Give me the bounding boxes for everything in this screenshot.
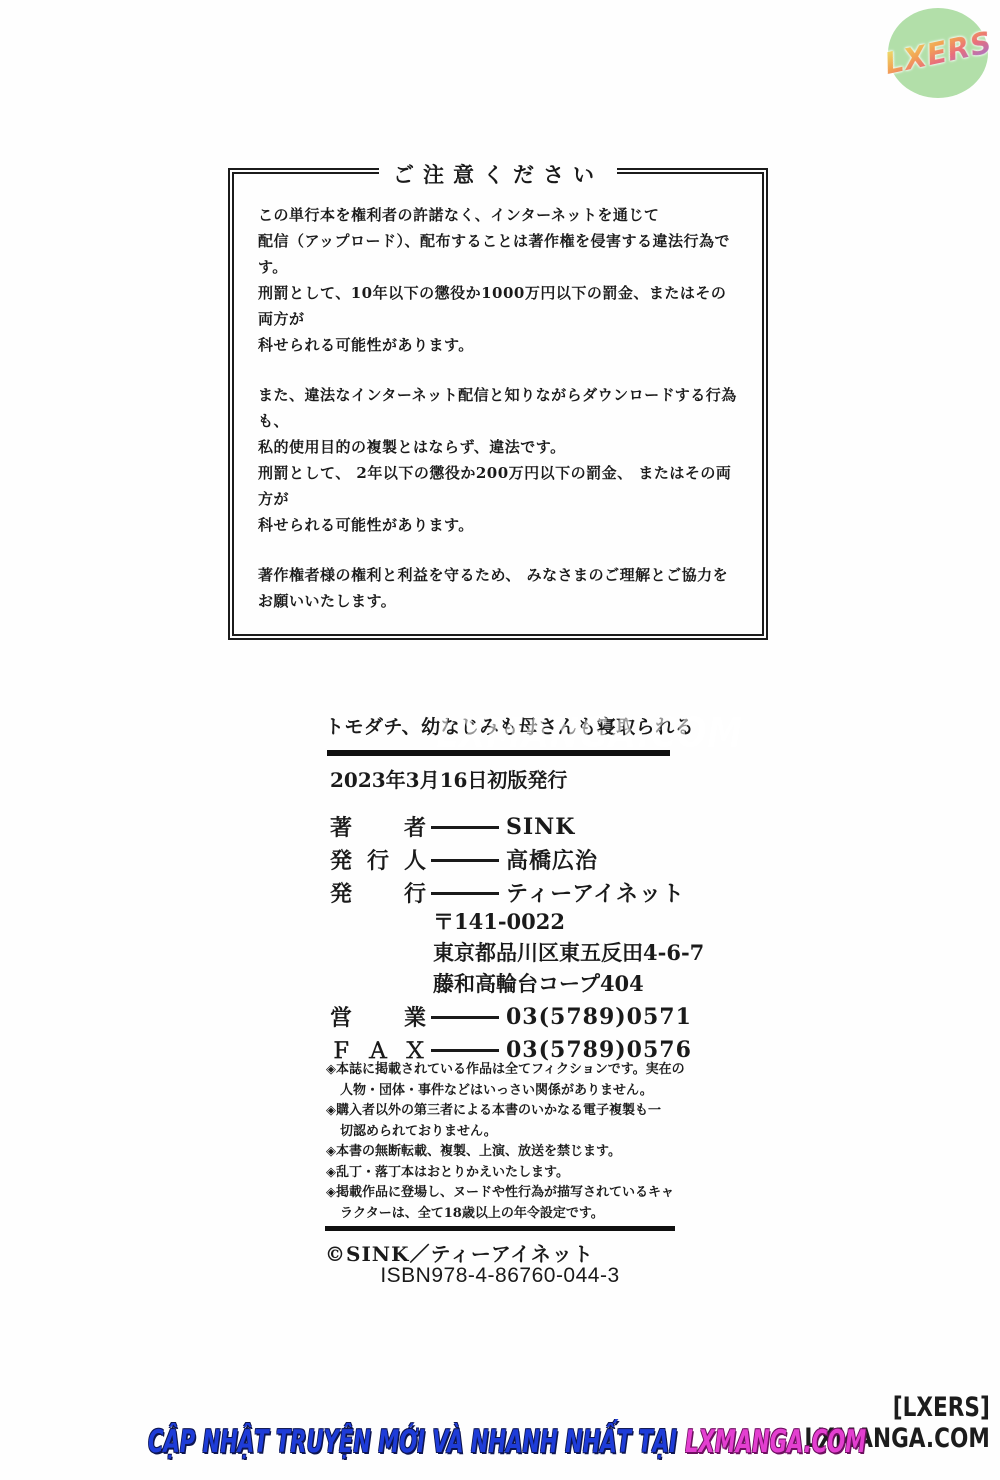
address-line: 藤和高輪台コープ404 <box>433 968 704 999</box>
legal-note: ◈購入者以外の第三者による本書のいかなる電子複製も一 切認められておりません。 <box>326 1101 722 1142</box>
diamond-bullet-icon: ◈ <box>326 1144 336 1159</box>
postal-code: 〒141-0022 <box>433 906 704 937</box>
dash-connector <box>431 859 499 862</box>
diamond-bullet-icon: ◈ <box>326 1165 336 1180</box>
legal-notes: ◈本誌に掲載されている作品は全てフィクションです。実在の 人物・団体・事件などは… <box>326 1060 722 1224</box>
copyright-line: ©SINK／ティーアイネット <box>325 1238 594 1267</box>
contact-value: 03(5789)0571 <box>506 1004 692 1030</box>
contact-value: 03(5789)0576 <box>506 1037 692 1063</box>
credit-value: 高橋広治 <box>506 844 598 875</box>
legal-note-text: 本誌に掲載されている作品は全てフィクションです。実在の 人物・団体・事件などはい… <box>336 1062 685 1098</box>
credit-row-author: 著 者SINK <box>330 810 685 843</box>
lxers-badge-label: LXERS <box>881 25 995 81</box>
notice-paragraph-request: 著作権者様の権利と利益を守るため、 みなさまのご理解とご協力を お願いいたします… <box>258 562 740 614</box>
legal-note-text: 購入者以外の第三者による本書のいかなる電子複製も一 切認められておりません。 <box>336 1103 661 1139</box>
dash-connector <box>431 892 499 895</box>
footer-watermark-message: CẬP NHẬT TRUYỆN MỚI VÀ NHANH NHẤT TẠI <box>148 1424 677 1460</box>
publisher-address: 〒141-0022 東京都品川区東五反田4-6-7 藤和高輪台コープ404 <box>433 906 704 999</box>
book-title: トモダチ、幼なじみも母さんも寝取られる <box>325 712 694 739</box>
copyright-divider-rule <box>325 1226 675 1231</box>
title-divider-rule <box>327 750 670 756</box>
lxers-badge: LXERS <box>888 8 988 98</box>
legal-note-text: 掲載作品に登場し、ヌードや性行為が描写されているキャ ラクターは、全て18歳以上… <box>336 1185 674 1221</box>
credit-label: 著 者 <box>330 811 426 842</box>
legal-note: ◈乱丁・落丁本はおとりかえいたします。 <box>326 1163 722 1184</box>
notice-paragraph-upload: この単行本を権利者の許諾なく、インターネットを通じて 配信（アップロード）、配布… <box>258 202 740 358</box>
legal-note-text: 本書の無断転載、複製、上演、放送を禁じます。 <box>336 1144 621 1159</box>
dash-connector <box>431 1049 499 1052</box>
contacts-list: 営 業03(5789)0571 ＦＡＸ03(5789)0576 <box>330 1000 692 1066</box>
notice-title: ご注意ください <box>379 159 617 189</box>
legal-note: ◈本誌に掲載されている作品は全てフィクションです。実在の 人物・団体・事件などは… <box>326 1060 722 1101</box>
credit-value: ティーアイネット <box>506 877 685 908</box>
contact-label: 営 業 <box>330 1001 426 1032</box>
diamond-bullet-icon: ◈ <box>326 1103 336 1118</box>
legal-note: ◈掲載作品に登場し、ヌードや性行為が描写されているキャ ラクターは、全て18歳以… <box>326 1183 722 1224</box>
credit-row-publisher-person: 発行人高橋広治 <box>330 843 685 876</box>
credit-label: 発行人 <box>330 844 426 875</box>
legal-note-text: 乱丁・落丁本はおとりかえいたします。 <box>336 1165 569 1180</box>
footer-watermark-line: CẬP NHẬT TRUYỆN MỚI VÀ NHANH NHẤT TẠILXM… <box>148 1424 866 1460</box>
notice-paragraph-download: また、違法なインターネット配信と知りながらダウンロードする行為も、 私的使用目的… <box>258 382 740 538</box>
diamond-bullet-icon: ◈ <box>326 1185 336 1200</box>
address-line: 東京都品川区東五反田4-6-7 <box>433 937 704 968</box>
credit-value: SINK <box>506 814 575 840</box>
colophon-page: LXERS ご注意ください この単行本を権利者の許諾なく、インターネットを通じて… <box>0 0 1000 1480</box>
dash-connector <box>431 826 499 829</box>
corner-watermark-tag: [LXERS] <box>805 1392 990 1423</box>
isbn-number: ISBN978-4-86760-044-3 <box>0 1264 1000 1288</box>
credit-label: 発 行 <box>330 877 426 908</box>
diamond-bullet-icon: ◈ <box>326 1062 336 1077</box>
credits-list: 著 者SINK 発行人高橋広治 発 行ティーアイネット <box>330 810 685 909</box>
dash-connector <box>431 1016 499 1019</box>
edition-date: 2023年3月16日初版発行 <box>330 764 567 793</box>
footer-watermark-site: LXMANGA.COM <box>685 1424 866 1460</box>
contact-row-sales: 営 業03(5789)0571 <box>330 1000 692 1033</box>
copyright-notice-box: ご注意ください この単行本を権利者の許諾なく、インターネットを通じて 配信（アッ… <box>228 168 768 640</box>
credit-row-publishing-house: 発 行ティーアイネット <box>330 876 685 909</box>
legal-note: ◈本書の無断転載、複製、上演、放送を禁じます。 <box>326 1142 722 1163</box>
